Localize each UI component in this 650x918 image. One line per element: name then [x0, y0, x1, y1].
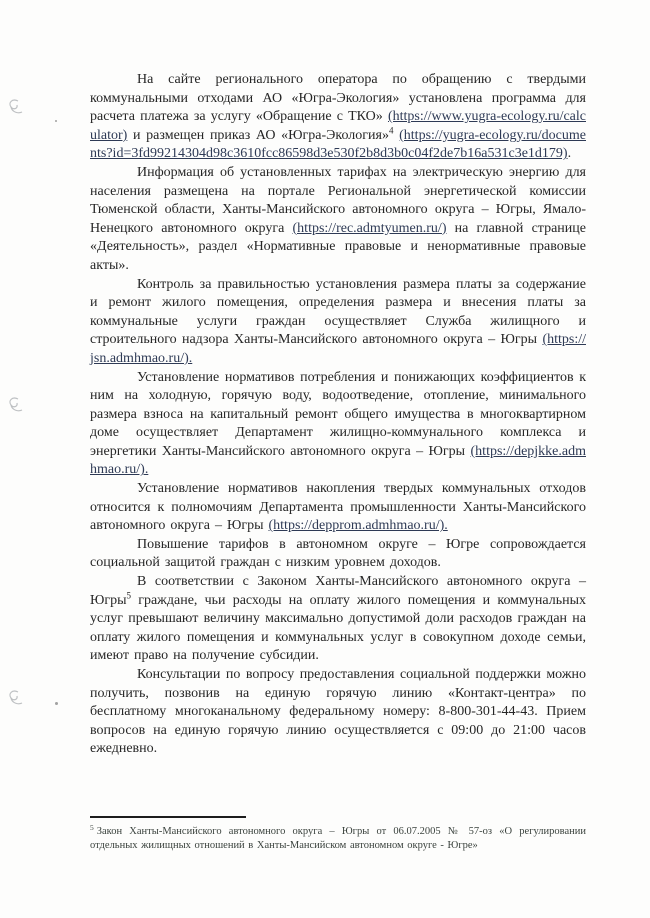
paragraph-housing-supervision: Контроль за правильностью установления р…: [90, 276, 586, 369]
scanned-document-page: На сайте регионального оператора по обра…: [0, 0, 650, 918]
footnote-area: 5Закон Ханты-Мансийского автономного окр…: [90, 816, 586, 853]
paragraph-consumption-norms: Установление нормативов потребления и по…: [90, 369, 586, 481]
text-run: Контроль за правильностью установления р…: [90, 277, 586, 348]
text-run: .: [568, 146, 572, 161]
footnote-separator-line: [90, 816, 246, 818]
footnote-marker: 5: [90, 823, 94, 832]
hyperlink[interactable]: (https://rec.admtyumen.ru/): [293, 221, 447, 236]
text-run: Консультации по вопросу предоставления с…: [90, 667, 586, 756]
text-run: Повышение тарифов в автономном округе – …: [90, 537, 586, 571]
paragraph-tko-operator-program: На сайте регионального оператора по обра…: [90, 71, 586, 164]
paragraph-tariff-increase: Повышение тарифов в автономном округе – …: [90, 536, 586, 573]
text-run: и размещен приказ АО «Югра-Экология»: [127, 128, 389, 143]
pencil-squiggle-icon: [5, 688, 27, 714]
paragraph-contact-center: Консультации по вопросу предоставления с…: [90, 666, 586, 759]
paragraph-waste-norms: Установление нормативов накопления тверд…: [90, 480, 586, 536]
paragraph-electric-tariffs-info: Информация об установленных тарифах на э…: [90, 164, 586, 276]
pencil-squiggle-icon: [5, 395, 27, 421]
footnote: 5Закон Ханты-Мансийского автономного окр…: [90, 825, 586, 853]
hyperlink[interactable]: (https://depprom.admhmao.ru/).: [269, 518, 448, 533]
footnote-text: Закон Ханты-Мансийского автономного окру…: [90, 826, 586, 851]
document-body: На сайте регионального оператора по обра…: [90, 71, 586, 759]
text-run: граждане, чьи расходы на оплату жилого п…: [90, 593, 586, 664]
scan-speck: [55, 120, 57, 122]
scan-speck: [55, 702, 58, 705]
pencil-squiggle-icon: [5, 97, 27, 123]
paragraph-subsidy-law: В соответствии с Законом Ханты-Мансийско…: [90, 573, 586, 666]
